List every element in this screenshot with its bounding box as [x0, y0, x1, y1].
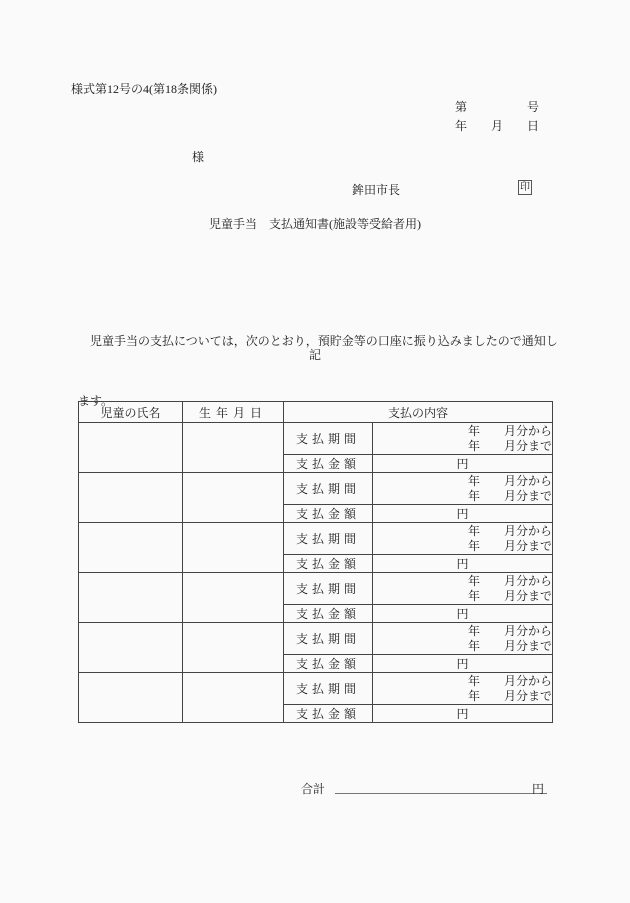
amount-value-cell: 円	[373, 455, 553, 473]
amount-label-cell: 支払金額	[284, 505, 373, 523]
period-to-text: 年 月分まで	[373, 539, 552, 554]
period-label-cell: 支払期間	[284, 573, 373, 605]
period-from-text: 年 月分から	[373, 674, 552, 689]
period-to-text: 年 月分まで	[373, 639, 552, 654]
period-from-text: 年 月分から	[373, 624, 552, 639]
period-value-cell: 年 月分から年 月分まで	[373, 623, 553, 655]
total-amount-line	[335, 780, 547, 794]
amount-label-cell: 支払金額	[284, 655, 373, 673]
period-from-text: 年 月分から	[373, 424, 552, 439]
period-to-text: 年 月分まで	[373, 589, 552, 604]
table-row-period: 支払期間年 月分から年 月分まで	[79, 523, 553, 555]
period-label-cell: 支払期間	[284, 423, 373, 455]
table-row-period: 支払期間年 月分から年 月分まで	[79, 673, 553, 705]
child-name-cell	[79, 523, 183, 573]
child-name-cell	[79, 673, 183, 723]
date-line: 年 月 日	[455, 117, 539, 134]
birth-date-cell	[183, 523, 284, 573]
period-to-text: 年 月分まで	[373, 689, 552, 704]
note-marker: 記	[0, 346, 630, 363]
doc-number-line: 第 号	[455, 98, 539, 115]
amount-value-cell: 円	[373, 705, 553, 723]
period-to-text: 年 月分まで	[373, 439, 552, 454]
period-label-cell: 支払期間	[284, 473, 373, 505]
birth-date-cell	[183, 423, 284, 473]
col-header-payment-details: 支払の内容	[284, 402, 553, 423]
seal-mark-icon: 印	[518, 180, 532, 195]
period-value-cell: 年 月分から年 月分まで	[373, 573, 553, 605]
table-row-period: 支払期間年 月分から年 月分まで	[79, 473, 553, 505]
birth-date-cell	[183, 573, 284, 623]
child-name-cell	[79, 473, 183, 523]
child-name-cell	[79, 573, 183, 623]
payment-table: 児童の氏名 生年月日 支払の内容 支払期間年 月分から年 月分まで支払金額円支払…	[78, 401, 553, 723]
total-label: 合計	[301, 780, 325, 797]
amount-value-cell: 円	[373, 505, 553, 523]
period-from-text: 年 月分から	[373, 474, 552, 489]
col-header-child-name: 児童の氏名	[79, 402, 183, 423]
birth-date-cell	[183, 473, 284, 523]
birth-date-cell	[183, 673, 284, 723]
amount-label-cell: 支払金額	[284, 605, 373, 623]
total-unit: 円	[532, 780, 544, 797]
period-value-cell: 年 月分から年 月分まで	[373, 523, 553, 555]
amount-value-cell: 円	[373, 605, 553, 623]
form-number: 様式第12号の4(第18条関係)	[71, 80, 217, 97]
table-row-period: 支払期間年 月分から年 月分まで	[79, 423, 553, 455]
table-header-row: 児童の氏名 生年月日 支払の内容	[79, 402, 553, 423]
amount-label-cell: 支払金額	[284, 455, 373, 473]
period-label-cell: 支払期間	[284, 523, 373, 555]
period-value-cell: 年 月分から年 月分まで	[373, 673, 553, 705]
period-from-text: 年 月分から	[373, 524, 552, 539]
table-row-period: 支払期間年 月分から年 月分まで	[79, 573, 553, 605]
period-value-cell: 年 月分から年 月分まで	[373, 473, 553, 505]
document-page: 様式第12号の4(第18条関係) 第 号 年 月 日 様 鉾田市長 印 児童手当…	[0, 0, 630, 903]
table-row-period: 支払期間年 月分から年 月分まで	[79, 623, 553, 655]
addressee-honorific: 様	[192, 148, 204, 165]
amount-label-cell: 支払金額	[284, 555, 373, 573]
period-label-cell: 支払期間	[284, 673, 373, 705]
amount-label-cell: 支払金額	[284, 705, 373, 723]
period-value-cell: 年 月分から年 月分まで	[373, 423, 553, 455]
col-header-birth-date: 生年月日	[183, 402, 284, 423]
document-title: 児童手当 支払通知書(施設等受給者用)	[0, 215, 630, 232]
amount-value-cell: 円	[373, 555, 553, 573]
period-label-cell: 支払期間	[284, 623, 373, 655]
birth-date-cell	[183, 623, 284, 673]
amount-value-cell: 円	[373, 655, 553, 673]
period-from-text: 年 月分から	[373, 574, 552, 589]
sender-title: 鉾田市長	[352, 181, 400, 198]
child-name-cell	[79, 423, 183, 473]
child-name-cell	[79, 623, 183, 673]
period-to-text: 年 月分まで	[373, 489, 552, 504]
